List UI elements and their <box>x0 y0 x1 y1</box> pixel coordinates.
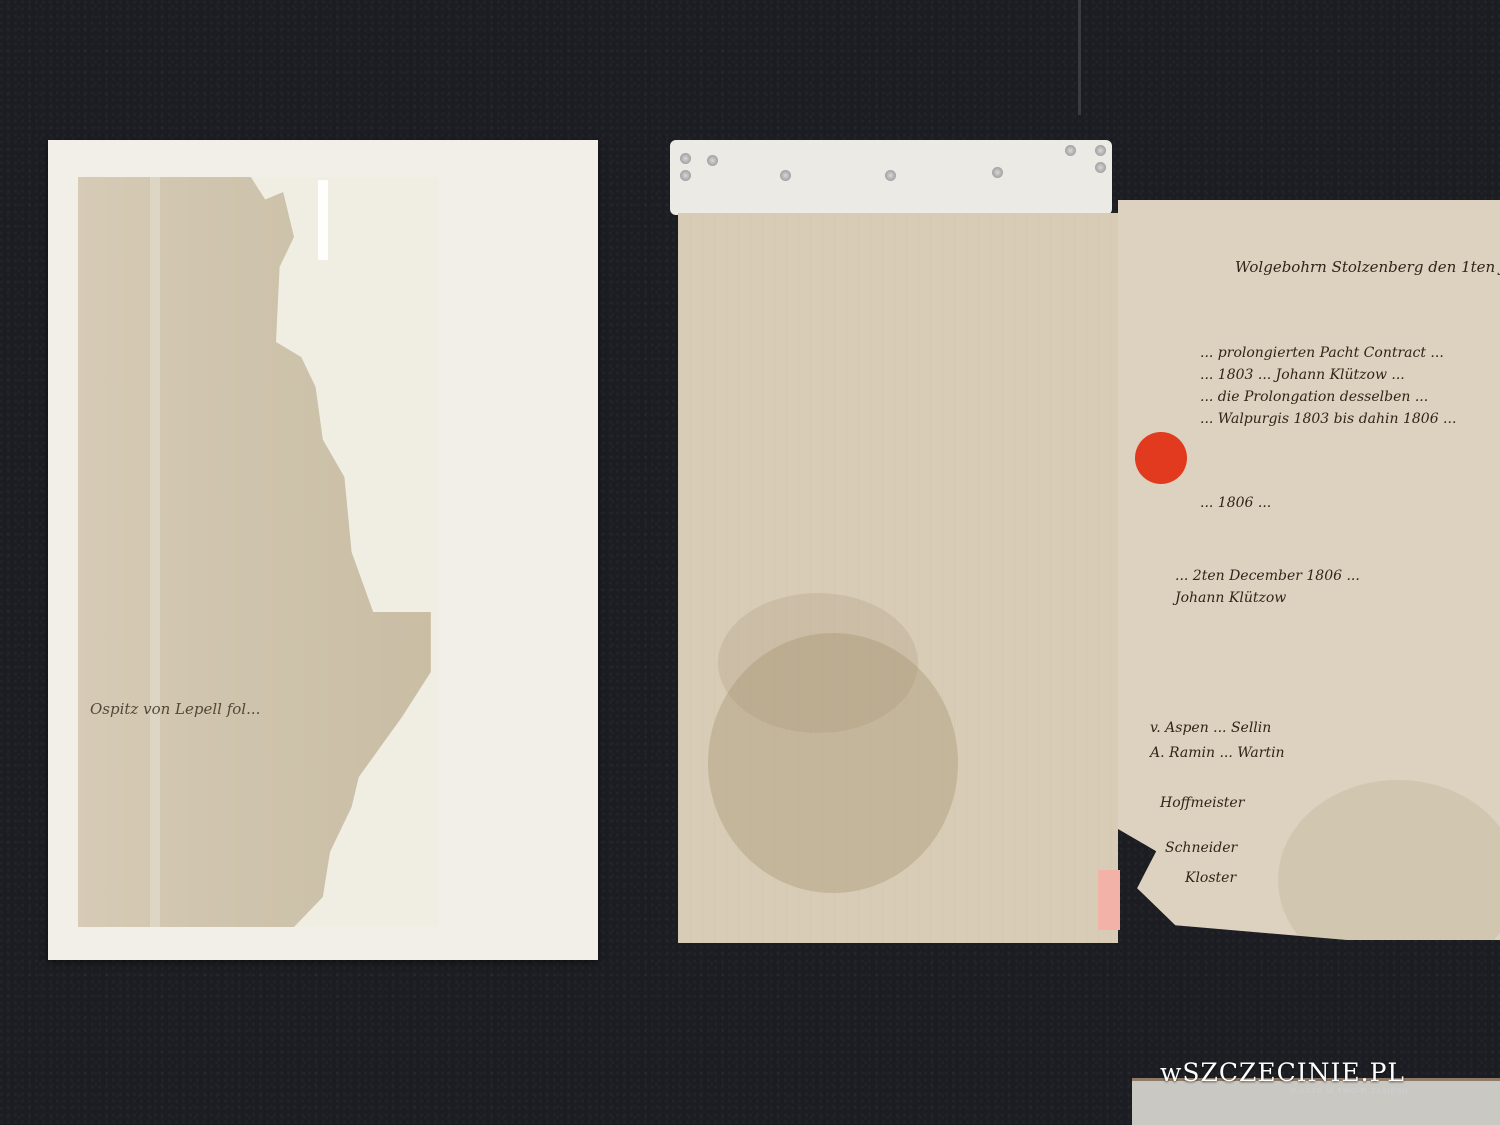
letter-line: ... 1803 ... Johann Klützow ... <box>1200 367 1405 383</box>
letter-line: ... 1806 ... <box>1200 495 1271 511</box>
letter-line: ... die Prolongation desselben ... <box>1200 389 1428 405</box>
letter-line: ... Walpurgis 1803 bis dahin 1806 ... <box>1200 411 1456 427</box>
screw-icon <box>992 167 1003 178</box>
signature: Kloster <box>1185 870 1236 886</box>
screw-icon <box>707 155 718 166</box>
signature: Schneider <box>1165 840 1237 856</box>
tape-strip <box>318 180 328 260</box>
screw-icon <box>780 170 791 181</box>
watermark-tagline: MIASTO W TWOIM ZASIĘGU <box>1290 1087 1409 1095</box>
screw-icon <box>1095 145 1106 156</box>
letter-back-page <box>678 213 1118 943</box>
tape-strip <box>150 177 160 927</box>
signature: A. Ramin ... Wartin <box>1150 745 1285 761</box>
wax-seal <box>1135 432 1187 484</box>
stain <box>1278 780 1500 980</box>
cable <box>1078 0 1081 115</box>
screw-icon <box>1095 162 1106 173</box>
letter-line: Johann Klützow <box>1175 590 1286 606</box>
pink-backing <box>1098 870 1120 930</box>
signature: Hoffmeister <box>1160 795 1244 811</box>
watermark-logo: wSZCZECINIE.PL MIASTO W TWOIM ZASIĘGU <box>1160 1058 1409 1095</box>
screw-icon <box>680 153 691 164</box>
screw-icon <box>885 170 896 181</box>
watermark-name: wSZCZECINIE.PL <box>1160 1058 1409 1087</box>
letter-line: ... prolongierten Pacht Contract ... <box>1200 345 1444 361</box>
signature: v. Aspen ... Sellin <box>1150 720 1271 736</box>
letter-heading: Wolgebohrn Stolzenberg den 1ten July 180 <box>1235 258 1500 276</box>
screw-icon <box>680 170 691 181</box>
stain <box>718 593 918 733</box>
fragment-text: Ospitz von Lepell fol... <box>90 700 260 718</box>
letter-line: ... 2ten December 1806 ... <box>1175 568 1360 584</box>
hinge-bar <box>670 140 1112 215</box>
screw-icon <box>1065 145 1076 156</box>
